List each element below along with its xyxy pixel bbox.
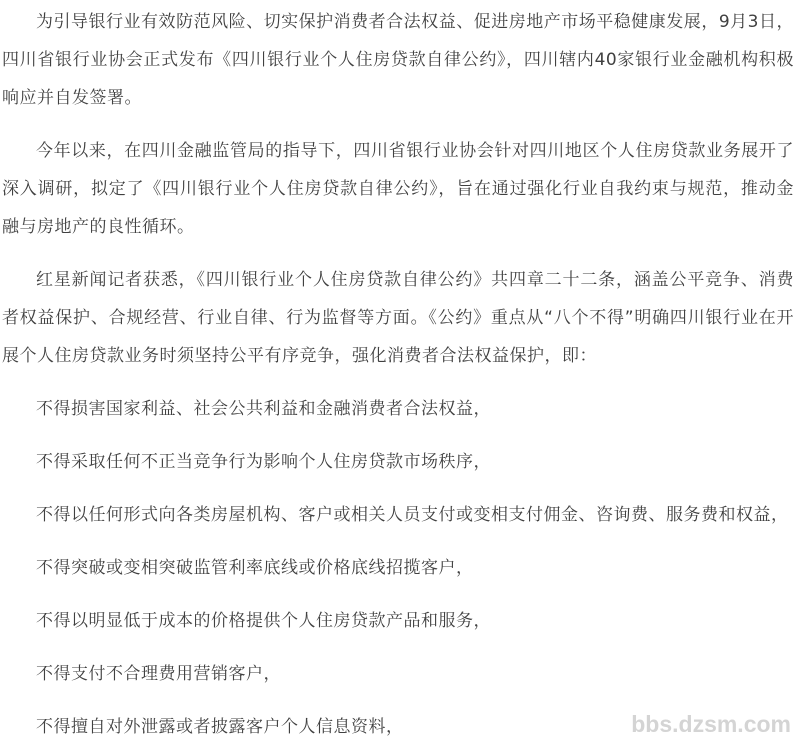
article-paragraph: 红星新闻记者获悉，《四川银行业个人住房贷款自律公约》共四章二十二条，涵盖公平竞争… <box>2 261 794 375</box>
article-paragraph: 今年以来，在四川金融监管局的指导下，四川省银行业协会针对四川地区个人住房贷款业务… <box>2 132 794 246</box>
article-paragraph: 不得采取任何不正当竞争行为影响个人住房贷款市场秩序， <box>2 443 794 481</box>
article-paragraph: 不得损害国家利益、社会公共利益和金融消费者合法权益， <box>2 390 794 428</box>
article-paragraph: 不得突破或变相突破监管利率底线或价格底线招揽客户， <box>2 549 794 587</box>
site-watermark: bbs.dzsm.com <box>631 711 791 738</box>
article-paragraph: 不得支付不合理费用营销客户， <box>2 655 794 693</box>
article-body: 为引导银行业有效防范风险、切实保护消费者合法权益、促进房地产市场平稳健康发展，9… <box>0 0 796 740</box>
article-paragraph: 为引导银行业有效防范风险、切实保护消费者合法权益、促进房地产市场平稳健康发展，9… <box>2 3 794 117</box>
article-paragraph: 不得以任何形式向各类房屋机构、客户或相关人员支付或变相支付佣金、咨询费、服务费和… <box>2 496 794 534</box>
article-paragraph: 不得以明显低于成本的价格提供个人住房贷款产品和服务， <box>2 602 794 640</box>
